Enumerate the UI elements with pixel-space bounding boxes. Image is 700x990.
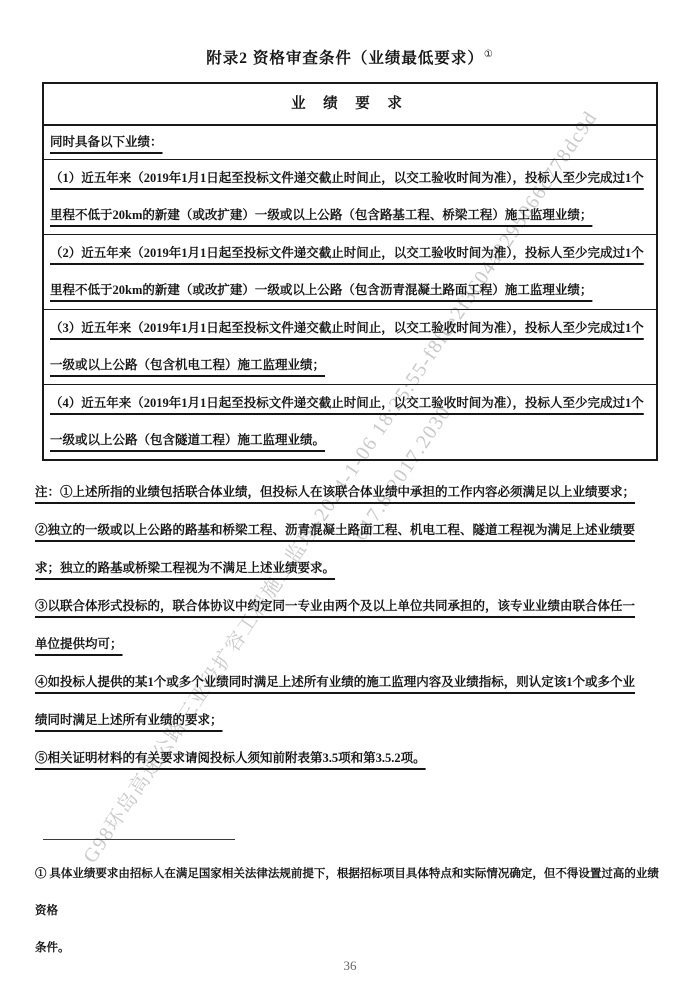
table-header-cell: 业 绩 要 求 <box>44 84 656 126</box>
performance-requirements-table: 业 绩 要 求 同时具备以下业绩： （1）近五年来（2019年1月1日起至投标文… <box>42 82 658 461</box>
table-row: （2）近五年来（2019年1月1日起至投标文件递交截止时间止，以交工验收时间为准… <box>44 235 656 310</box>
table-row: （4）近五年来（2019年1月1日起至投标文件递交截止时间止，以交工验收时间为准… <box>44 385 656 459</box>
page-number: 36 <box>0 958 700 974</box>
table-row: （1）近五年来（2019年1月1日起至投标文件递交截止时间止，以交工验收时间为准… <box>44 160 656 235</box>
footnote-text: ① 具体业绩要求由招标人在满足国家相关法律法规前提下，根据招标项目具体特点和实际… <box>35 856 665 967</box>
note-item: ②独立的一级或以上公路的路基和桥梁工程、沥青混凝土路面工程、机电工程、隧道工程视… <box>35 511 667 587</box>
footnote-divider <box>43 839 235 840</box>
note-item: ⑤相关证明材料的有关要求请阅投标人须知前附表第3.5项和第3.5.2项。 <box>35 739 667 777</box>
page-title: 附录2 资格审查条件（业绩最低要求）① <box>35 46 665 68</box>
note-item: ③以联合体形式投标的，联合体协议中约定同一专业由两个及以上单位共同承担的，该专业… <box>35 587 667 663</box>
page-title-text: 附录2 资格审查条件（业绩最低要求） <box>206 50 484 67</box>
table-row: （3）近五年来（2019年1月1日起至投标文件递交截止时间止，以交工验收时间为准… <box>44 310 656 385</box>
document-page: 附录2 资格审查条件（业绩最低要求）① 业 绩 要 求 同时具备以下业绩： （1… <box>0 46 700 967</box>
title-footnote-ref: ① <box>484 49 494 60</box>
note-item: 注：①上述所指的业绩包括联合体业绩，但投标人在该联合体业绩中承担的工作内容必须满… <box>35 473 667 511</box>
note-item: ④如投标人提供的某1个或多个业绩同时满足上述所有业绩的施工监理内容及业绩指标，则… <box>35 663 667 739</box>
notes-section: 注：①上述所指的业绩包括联合体业绩，但投标人在该联合体业绩中承担的工作内容必须满… <box>35 473 667 777</box>
table-row: 同时具备以下业绩： <box>44 126 656 160</box>
